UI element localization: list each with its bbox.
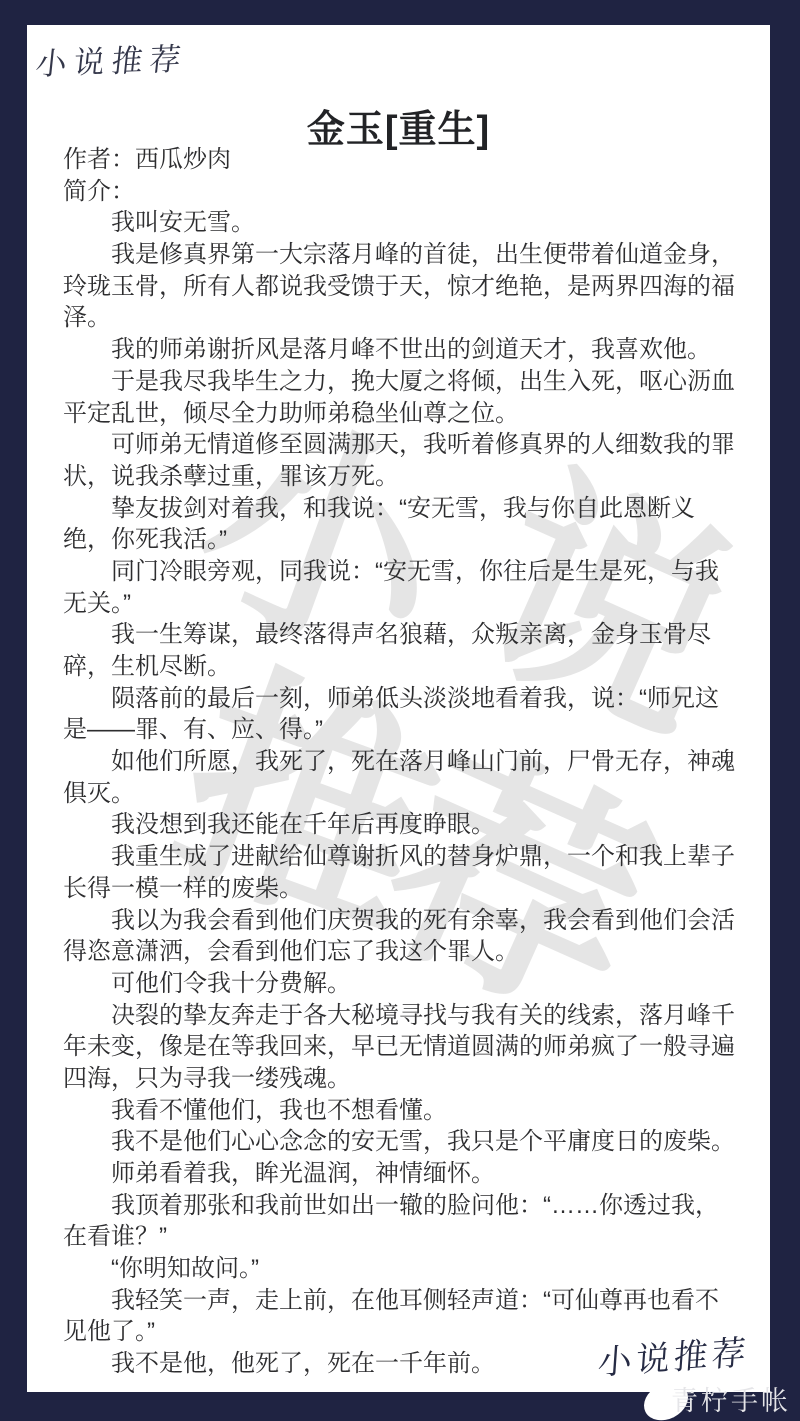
text-line: 我顶着那张和我前世如出一辙的脸问他：“……你透过我， bbox=[63, 1190, 743, 1222]
text-line: 如他们所愿，我死了，死在落月峰山门前，尸骨无存，神魂 bbox=[63, 746, 743, 778]
brand-logo-top-left: 小说推荐 bbox=[34, 33, 191, 83]
text-line: 俱灭。 bbox=[63, 778, 743, 810]
body-lines: 我叫安无雪。 我是修真界第一大宗落月峰的首徒，出生便带着仙道金身，玲珑玉骨，所有… bbox=[63, 207, 743, 1379]
text-line: 可他们令我十分费解。 bbox=[63, 968, 743, 1000]
text-line: 泽。 bbox=[63, 302, 743, 334]
text-line: 同门冷眼旁观，同我说：“安无雪，你往后是生是死，与我 bbox=[63, 556, 743, 588]
text-line: 绝，你死我活。” bbox=[63, 524, 743, 556]
text-line: 决裂的挚友奔走于各大秘境寻找与我有关的线索，落月峰千 bbox=[63, 1000, 743, 1032]
text-line: 于是我尽我毕生之力，挽大厦之将倾，出生入死，呕心沥血 bbox=[63, 366, 743, 398]
text-line: “你明知故问。” bbox=[63, 1253, 743, 1285]
text-line: 平定乱世，倾尽全力助师弟稳坐仙尊之位。 bbox=[63, 398, 743, 430]
text-line: 四海，只为寻我一缕残魂。 bbox=[63, 1063, 743, 1095]
text-line: 挚友拔剑对着我，和我说：“安无雪，我与你自此恩断义 bbox=[63, 493, 743, 525]
text-line: 我不是他，他死了，死在一千年前。 bbox=[63, 1348, 743, 1380]
text-line: 长得一模一样的废柴。 bbox=[63, 873, 743, 905]
synopsis-text-block: 作者：西瓜炒肉 简介： 我叫安无雪。 我是修真界第一大宗落月峰的首徒，出生便带着… bbox=[63, 144, 743, 1380]
text-line: 我看不懂他们，我也不想看懂。 bbox=[63, 1095, 743, 1127]
credit-watermark: 青柠手帐 bbox=[671, 1379, 791, 1418]
text-line: 玲珑玉骨，所有人都说我受馈于天，惊才绝艳，是两界四海的福 bbox=[63, 271, 743, 303]
text-line: 我的师弟谢折风是落月峰不世出的剑道天才，我喜欢他。 bbox=[63, 334, 743, 366]
author-line: 作者：西瓜炒肉 bbox=[63, 144, 743, 176]
novel-recommendation-card: 小说推荐 小说推荐 金玉[重生] 作者：西瓜炒肉 简介： 我叫安无雪。 我是修真… bbox=[0, 0, 800, 1421]
text-line: 得恣意潇洒，会看到他们忘了我这个罪人。 bbox=[63, 936, 743, 968]
text-line: 我没想到我还能在千年后再度睁眼。 bbox=[63, 809, 743, 841]
text-line: 我是修真界第一大宗落月峰的首徒，出生便带着仙道金身， bbox=[63, 239, 743, 271]
text-line: 无关。” bbox=[63, 588, 743, 620]
text-line: 可师弟无情道修至圆满那天，我听着修真界的人细数我的罪 bbox=[63, 429, 743, 461]
text-line: 我轻笑一声，走上前，在他耳侧轻声道：“可仙尊再也看不 bbox=[63, 1285, 743, 1317]
text-line: 我重生成了进献给仙尊谢折风的替身炉鼎，一个和我上辈子 bbox=[63, 841, 743, 873]
text-line: 我不是他们心心念念的安无雪，我只是个平庸度日的废柴。 bbox=[63, 1126, 743, 1158]
text-line: 见他了。” bbox=[63, 1316, 743, 1348]
text-line: 师弟看着我，眸光温润，神情缅怀。 bbox=[63, 1158, 743, 1190]
text-line: 我叫安无雪。 bbox=[63, 207, 743, 239]
text-line: 碎，生机尽断。 bbox=[63, 651, 743, 683]
text-line: 陨落前的最后一刻，师弟低头淡淡地看着我，说：“师兄这 bbox=[63, 683, 743, 715]
intro-label: 简介： bbox=[63, 176, 743, 208]
text-line: 我以为我会看到他们庆贺我的死有余辜，我会看到他们会活 bbox=[63, 905, 743, 937]
text-line: 我一生筹谋，最终落得声名狼藉，众叛亲离，金身玉骨尽 bbox=[63, 619, 743, 651]
text-line: 是——罪、有、应、得。” bbox=[63, 714, 743, 746]
text-line: 年未变，像是在等我回来，早已无情道圆满的师弟疯了一般寻遍 bbox=[63, 1031, 743, 1063]
text-line: 状，说我杀孽过重，罪该万死。 bbox=[63, 461, 743, 493]
text-line: 在看谁？” bbox=[63, 1221, 743, 1253]
